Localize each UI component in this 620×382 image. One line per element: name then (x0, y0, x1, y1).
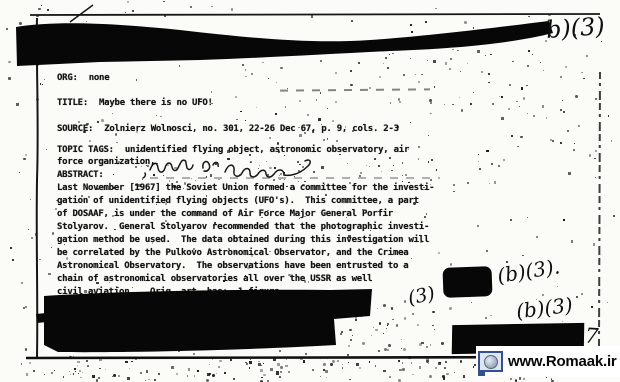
field-author-label: HOR: (83, 48, 104, 58)
handwritten-bracket: 7 (584, 324, 599, 349)
framed-globe-icon (478, 351, 503, 372)
abstract-line: be correlated by the Pulkovo Astronomica… (57, 248, 434, 261)
field-topic-tags-line2: force organization, (57, 157, 155, 167)
handwritten-b3-top-right: b)(3) (545, 12, 606, 44)
abstract-line: of DOSAAF, is under the command of Air F… (57, 209, 434, 222)
document-page: HOR:none ORG:none TITLE:Maybe there is n… (0, 0, 620, 382)
field-title-label: TITLE: (57, 98, 88, 108)
smudge-dashes (150, 177, 440, 179)
field-org-value: none (89, 73, 110, 83)
watermark: www.Romaak.ir (476, 346, 620, 377)
watermark-text: www.Romaak.ir (508, 353, 617, 370)
abstract-line: civil aviation. Orig. art. has: 1 figure… (57, 287, 434, 300)
abstract-body: Last November [1967] the Soviet Union fo… (57, 183, 434, 300)
globe-glyph (484, 355, 498, 369)
field-org-label: ORG: (57, 73, 78, 83)
field-author-value: none (115, 48, 136, 58)
field-org: ORG:none (57, 73, 109, 83)
frame-tab (478, 370, 485, 376)
field-topic-tags: TOPIC TAGS:unidentified flying object, a… (57, 145, 409, 155)
abstract-line: Stolyarov. General Stolyarov recommended… (57, 222, 434, 235)
field-topic-tags-line1: unidentified flying object, astronomic o… (125, 145, 409, 155)
field-title: TITLE:Maybe there is no UFO! (57, 98, 213, 108)
field-title-value: Maybe there is no UFO! (99, 98, 213, 108)
abstract-line: chain of astronomical observatories all … (57, 274, 434, 287)
abstract-line: Astronomical Observatory. The observatio… (57, 261, 434, 274)
abstract-line: gation of unidentified flying objects (U… (57, 196, 434, 209)
field-author: HOR:none (83, 48, 135, 58)
abstract-label: ABSTRACT: (57, 170, 104, 180)
abstract-line: gation method be used. The data obtained… (57, 235, 434, 248)
field-topic-tags-label: TOPIC TAGS: (57, 145, 114, 155)
field-source-label: SOURCE: (57, 124, 93, 134)
field-source-value: Zolnierz Wolnosci, no. 301, 22-26 Dec 67… (104, 124, 399, 134)
field-source: SOURCE:Zolnierz Wolnosci, no. 301, 22-26… (57, 124, 399, 134)
redaction-box-mid (442, 266, 492, 298)
abstract-line: Last November [1967] the Soviet Union fo… (57, 183, 434, 196)
